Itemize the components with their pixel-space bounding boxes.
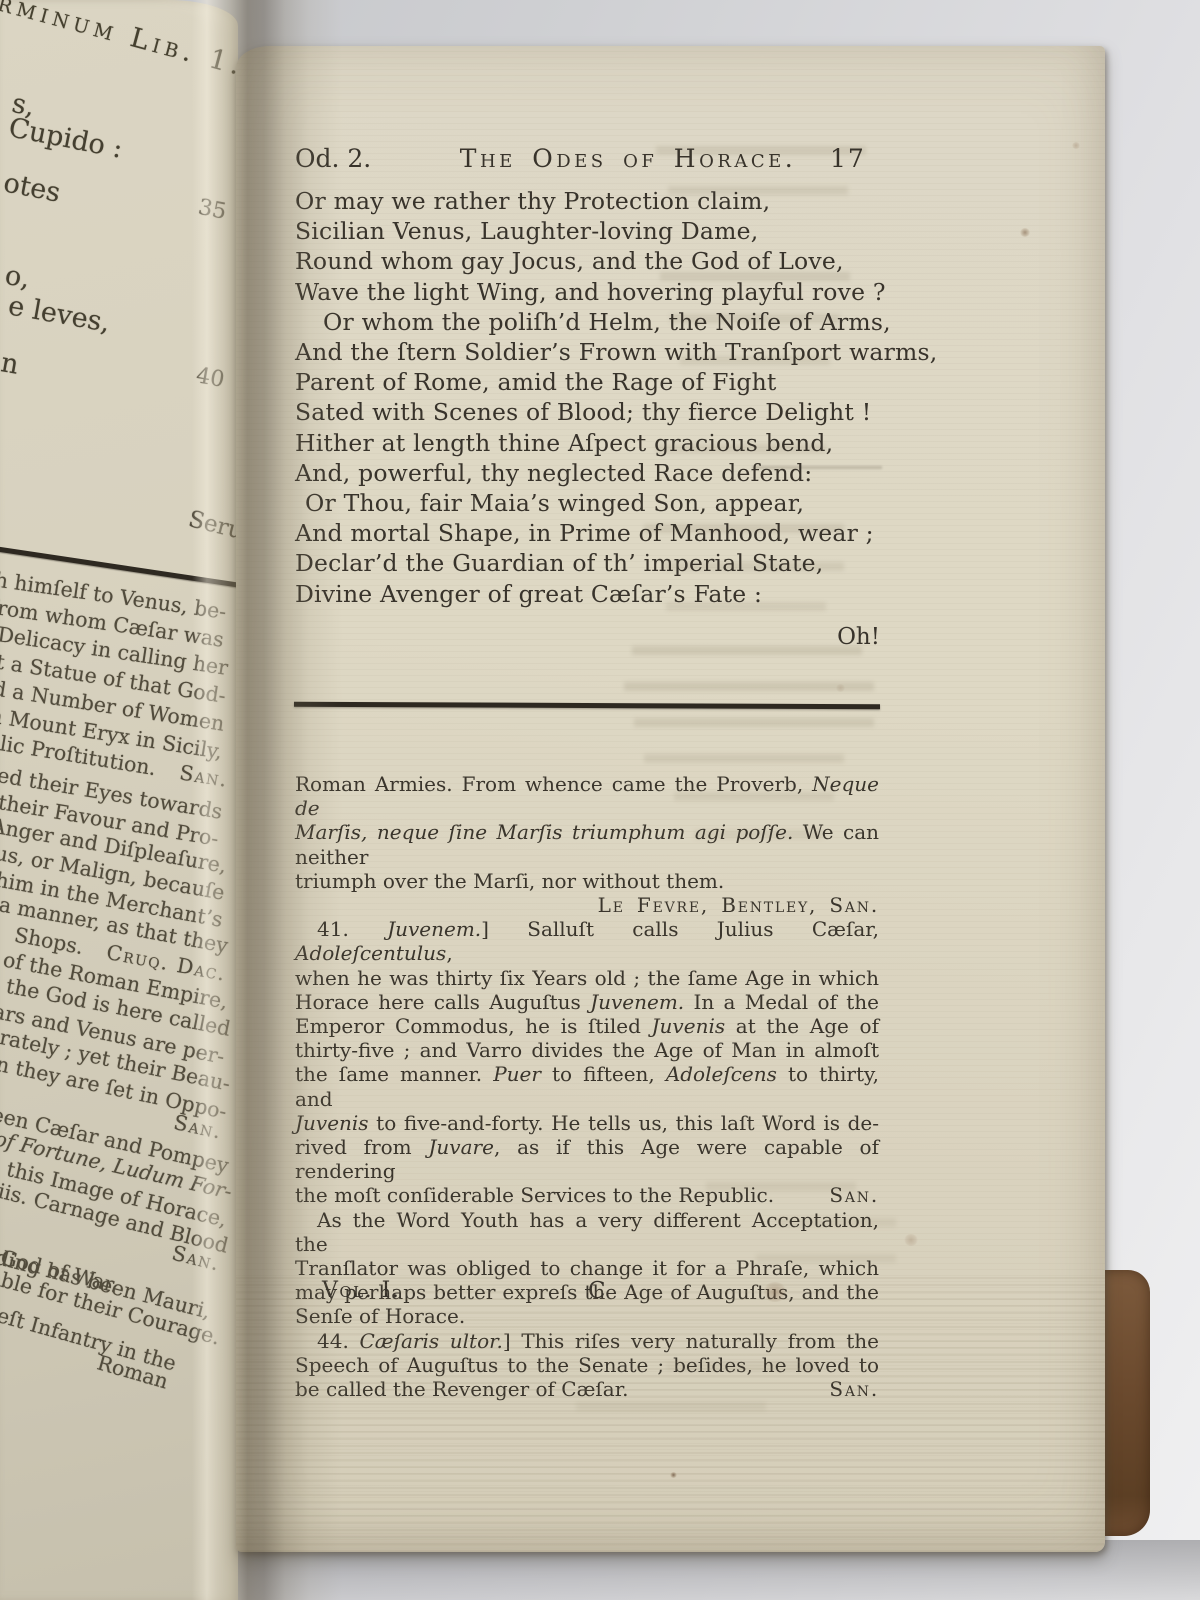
poem-line: Sicilian Venus, Laughter-loving Dame, — [295, 216, 887, 246]
footnote-line: San.the moſt conſiderable Services to th… — [295, 1183, 879, 1207]
footnote-line: Marſis, neque ſine Marſis triumphum agi … — [295, 820, 879, 868]
footnote-line: the ſame manner. Puer to fifteen, Adoleſ… — [295, 1062, 879, 1110]
left-page-text-fragment: 40 — [194, 363, 226, 392]
footnote-line: San.be called the Revenger of Cæſar. — [295, 1377, 879, 1401]
footnote-divider-rule — [294, 702, 880, 709]
footnote-line: Horace here calls Auguſtus Juvenem. In a… — [295, 990, 879, 1014]
footnote-line: As the Word Youth has a very different A… — [295, 1208, 879, 1256]
footnote-line: Senſe of Horace. — [295, 1304, 879, 1328]
left-page: ci Carminum Lib. 1.s,Cupido :otes35o,e l… — [0, 0, 238, 1600]
poem-line: And, powerful, thy neglected Race defend… — [295, 458, 887, 488]
left-page-text-fragment: e leves, — [6, 290, 113, 338]
poem-line: And mortal Shape, in Prime of Manhood, w… — [295, 518, 887, 548]
poem-line: Wave the light Wing, and hovering playfu… — [295, 277, 887, 307]
footnote-line: Emperor Commodus, he is ſtiled Juvenis a… — [295, 1014, 879, 1038]
footnotes: Roman Armies. From whence came the Prove… — [295, 772, 879, 1401]
show-through-mark — [624, 682, 874, 691]
show-through-mark — [576, 1402, 766, 1411]
volume-label: Vol. I. — [322, 1278, 400, 1303]
poem-line: Parent of Rome, amid the Rage of Fight — [295, 367, 887, 397]
left-page-text-fragment: o, — [3, 260, 33, 295]
left-page-text-fragment: Cupido : — [6, 112, 125, 164]
running-title: The Odes of Horace. — [460, 144, 796, 173]
footnote-line: Tranſlator was obliged to change it for … — [295, 1256, 879, 1280]
poem-line: Sated with Scenes of Blood; thy fierce D… — [295, 397, 887, 427]
poem-line: Hither at length thine Aſpect gracious b… — [295, 428, 887, 458]
left-page-text-fragment: Serus — [186, 506, 238, 547]
left-page-text-fragment: 35 — [196, 195, 228, 225]
footnote-line: when he was thirty ſix Years old ; the ſ… — [295, 966, 879, 990]
signature-mark: C — [588, 1278, 606, 1304]
poem-line: Or whom the poliſh’d Helm, the Noiſe of … — [323, 307, 887, 337]
foxing-spot — [1020, 228, 1030, 237]
footnote-line: Juvenis to five-and-forty. He tells us, … — [295, 1111, 879, 1135]
footnote-line: Le Fevre, Bentley, San. — [295, 893, 879, 917]
left-page-text-fragment: ci Carminum Lib. 1. — [0, 0, 238, 82]
poem-line: And the ſtern Soldier’s Frown with Tranſ… — [295, 337, 887, 367]
left-page-text-fragment: otes — [1, 167, 63, 208]
footnote-line: 41. Juvenem.] Salluſt calls Julius Cæſar… — [295, 917, 879, 965]
foxing-spot — [836, 684, 845, 692]
poem-text: Or may we rather thy Protection claim,Si… — [295, 186, 887, 609]
show-through-mark — [644, 754, 844, 763]
catchword: Oh! — [295, 624, 880, 650]
poem-line: Declar’d the Guardian of th’ imperial St… — [295, 548, 887, 578]
footnote-line: triumph over the Marſi, nor without them… — [295, 869, 879, 893]
page-number: 17 — [830, 144, 866, 173]
right-page: Od. 2. The Odes of Horace. 17 Or may we … — [236, 46, 1105, 1552]
photo-of-open-antique-book: ci Carminum Lib. 1.s,Cupido :otes35o,e l… — [0, 0, 1200, 1600]
ode-number: Od. 2. — [295, 144, 371, 173]
foxing-spot — [904, 1234, 918, 1246]
poem-line: Divine Avenger of great Cæſar’s Fate : — [295, 579, 887, 609]
poem-line: Or Thou, fair Maia’s winged Son, appear, — [305, 488, 887, 518]
poem-line: Round whom gay Jocus, and the God of Lov… — [295, 246, 887, 276]
footnote-line: 44. Cæſaris ultor.] This riſes very natu… — [295, 1329, 879, 1353]
foxing-spot — [670, 1472, 677, 1478]
running-head: Od. 2. The Odes of Horace. 17 — [236, 144, 1105, 178]
poem-line: Or may we rather thy Protection claim, — [295, 186, 887, 216]
show-through-mark — [634, 718, 874, 727]
footnote-line: Speech of Auguſtus to the Senate ; beſid… — [295, 1353, 879, 1377]
footnote-line: thirty-five ; and Varro divides the Age … — [295, 1038, 879, 1062]
left-page-text-fragment: n — [0, 347, 21, 381]
footnote-line: Roman Armies. From whence came the Prove… — [295, 772, 879, 820]
footnote-line: rived from Juvare, as if this Age were c… — [295, 1135, 879, 1183]
